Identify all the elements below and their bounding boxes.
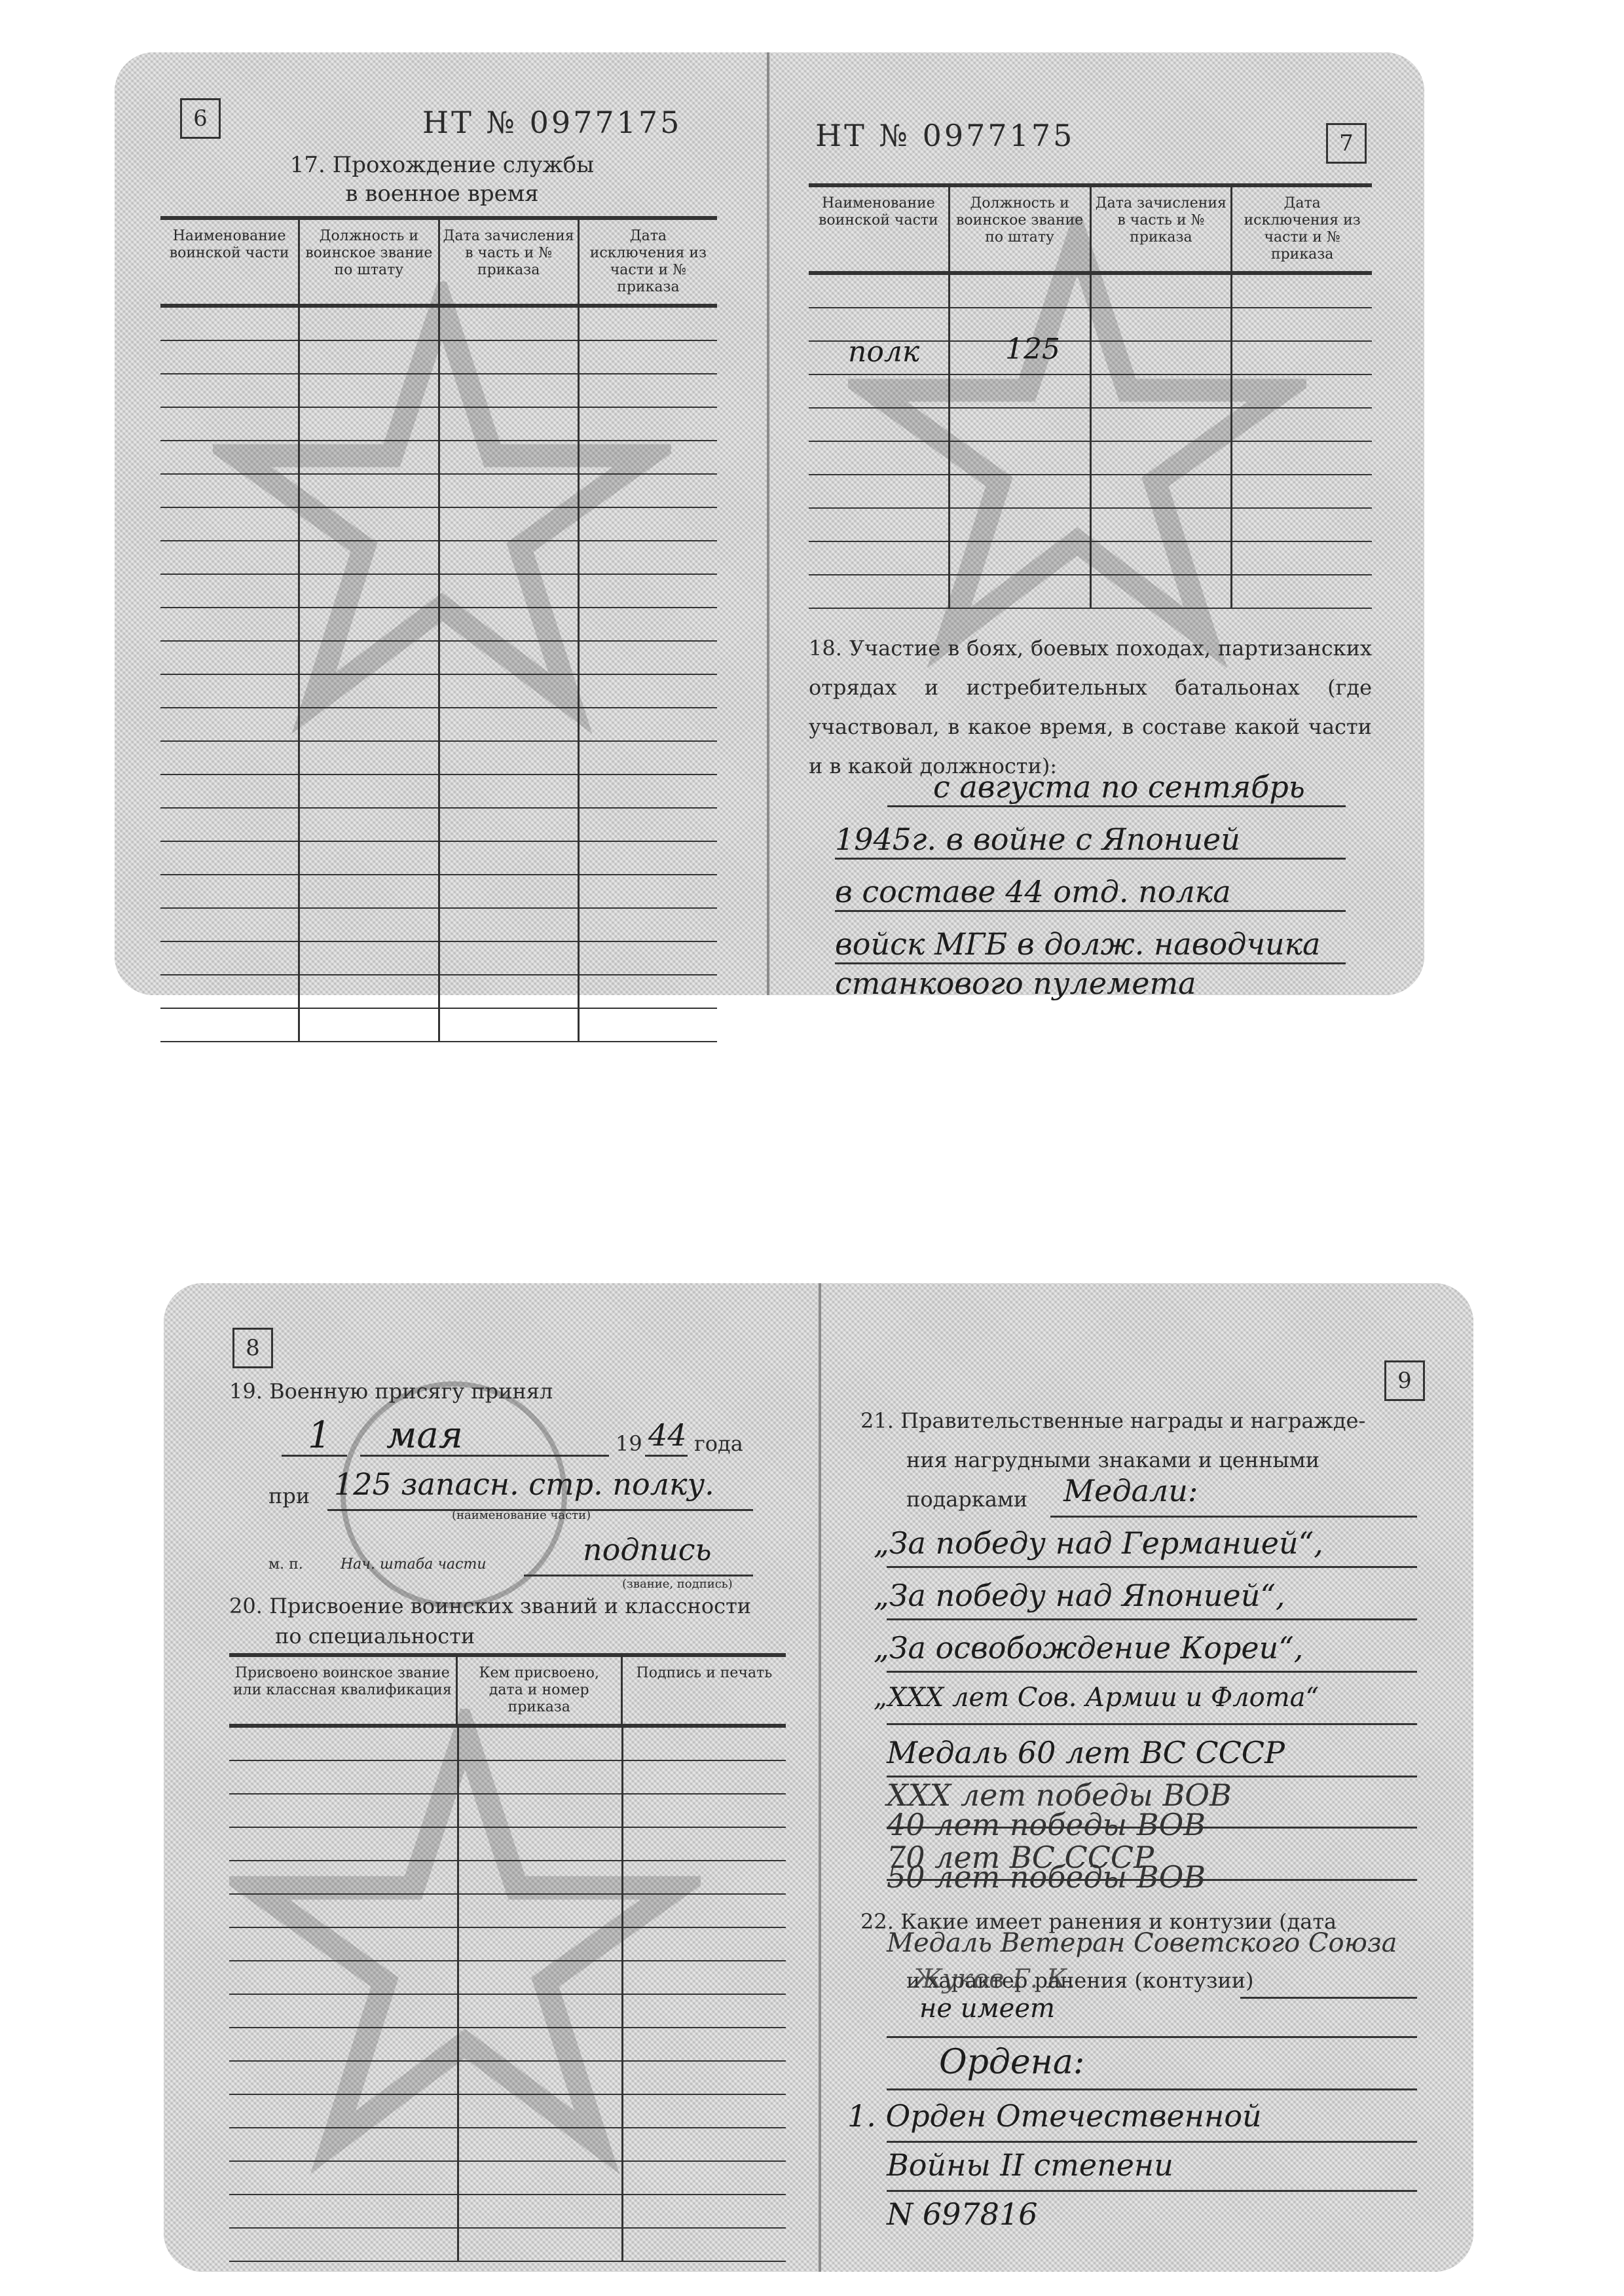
- chief-signature: подпись: [583, 1532, 712, 1567]
- passport-spread-pages-6-7: 6 НТ № 0977175 17. Прохождение службы в …: [115, 52, 1424, 995]
- wounds-answer: не имеет: [919, 1994, 1055, 2024]
- page-8: 8 19. Военную присягу принял 1 мая 19 44…: [164, 1283, 821, 2272]
- mp-label: м. п.: [268, 1545, 303, 1584]
- section-17-title: 17. Прохождение службы в военное время: [246, 151, 638, 208]
- column-exclusion-date: Дата исключения из части и № приказа: [1230, 187, 1372, 271]
- section-18-label: 18. Участие в боях, боевых походах, парт…: [809, 629, 1372, 786]
- section-20-label: 20. Присвоение воинских званий и классно…: [229, 1591, 751, 1651]
- column-rank: Присвоено воинское звание или классная к…: [229, 1657, 456, 1724]
- unit-caption: (наименование части): [452, 1506, 591, 1525]
- handwritten-unit: полк: [848, 335, 919, 369]
- service-table-header: Наименование воинской части Должность и …: [809, 187, 1372, 275]
- column-position: Должность и воинское звание по штату: [948, 187, 1090, 271]
- column-enrollment-date: Дата зачисления в часть и № приказа: [438, 220, 578, 304]
- combat-entry-3: в составе 44 отд. полка: [835, 874, 1231, 909]
- serial-number: НТ № 0977175: [422, 105, 682, 140]
- passport-spread-pages-8-9: 8 19. Военную присягу принял 1 мая 19 44…: [164, 1283, 1473, 2272]
- oath-month: мая: [386, 1414, 463, 1457]
- column-assigned-by: Кем присвоено, дата и номер приказа: [456, 1657, 621, 1724]
- page-number: 7: [1326, 123, 1367, 164]
- award-item-9: 50 лет победы ВОВ: [887, 1859, 1206, 1895]
- award-item-3: „За освобождение Кореи“,: [874, 1630, 1303, 1666]
- award-item-5: Медаль 60 лет ВС СССР: [887, 1735, 1285, 1770]
- order-item-1: 1. Орден Отечественной: [847, 2098, 1262, 2134]
- page-number: 8: [232, 1328, 273, 1368]
- column-unit: Наименование воинской части: [809, 187, 948, 271]
- oath-year: 44: [648, 1417, 687, 1453]
- page-number: 9: [1384, 1360, 1425, 1401]
- column-exclusion-date: Дата исключения из части и № приказа: [578, 220, 717, 304]
- chief-label: Нач. штаба части: [341, 1545, 486, 1584]
- award-item-2: „За победу над Японией“,: [874, 1578, 1285, 1613]
- oath-year-prefix: 19: [616, 1424, 642, 1463]
- page-9: 9 21. Правительственные награды и награж…: [821, 1283, 1473, 2272]
- orders-heading: Ордена:: [939, 2043, 1084, 2082]
- award-item-11: Жуков Г. К.: [913, 1964, 1075, 1994]
- ranks-table-header: Присвоено воинское звание или классная к…: [229, 1657, 786, 1728]
- column-signature: Подпись и печать: [621, 1657, 786, 1724]
- combat-entry-1: с августа по сентябрь: [933, 769, 1305, 805]
- awards-heading: Медали:: [1063, 1473, 1198, 1508]
- combat-entry-5: станкового пулемета: [835, 966, 1196, 1001]
- combat-entry-4: войск МГБ в долж. наводчика: [835, 926, 1320, 962]
- ranks-table: Присвоено воинское звание или классная к…: [229, 1653, 786, 2262]
- service-table: Наименование воинской части Должность и …: [809, 183, 1372, 609]
- award-item-7: 40 лет победы ВОВ: [887, 1807, 1206, 1842]
- service-table: Наименование воинской части Должность и …: [160, 216, 717, 1042]
- award-item-1: „За победу над Германией“,: [874, 1525, 1323, 1561]
- order-item-2: Войны II степени: [887, 2147, 1173, 2183]
- page-6: 6 НТ № 0977175 17. Прохождение службы в …: [115, 52, 769, 995]
- serial-number: НТ № 0977175: [815, 118, 1075, 153]
- combat-entry-2: 1945г. в войне с Японией: [835, 822, 1240, 857]
- column-position: Должность и воинское звание по штату: [298, 220, 437, 304]
- page-7: НТ № 0977175 7 Наименование воинской час…: [769, 52, 1424, 995]
- service-table-body: [160, 308, 717, 1042]
- service-table-header: Наименование воинской части Должность и …: [160, 220, 717, 308]
- award-item-10: Медаль Ветеран Советского Союза: [887, 1928, 1397, 1958]
- award-item-4: „XXX лет Сов. Армии и Флота“: [874, 1683, 1319, 1713]
- handwritten-unit-number: 125: [1005, 333, 1060, 366]
- ranks-table-body: [229, 1728, 786, 2262]
- service-table-body: полк 125: [809, 275, 1372, 609]
- oath-year-word: года: [694, 1424, 743, 1463]
- column-unit: Наименование воинской части: [160, 220, 298, 304]
- oath-at-label: при: [268, 1476, 310, 1516]
- column-enrollment-date: Дата зачисления в часть и № приказа: [1090, 187, 1231, 271]
- oath-day: 1: [308, 1414, 331, 1457]
- section-19-label: 19. Военную присягу принял: [229, 1372, 553, 1411]
- order-item-3: N 697816: [887, 2196, 1037, 2232]
- page-number: 6: [180, 98, 221, 139]
- oath-unit: 125 запасн. стр. полку.: [334, 1467, 714, 1502]
